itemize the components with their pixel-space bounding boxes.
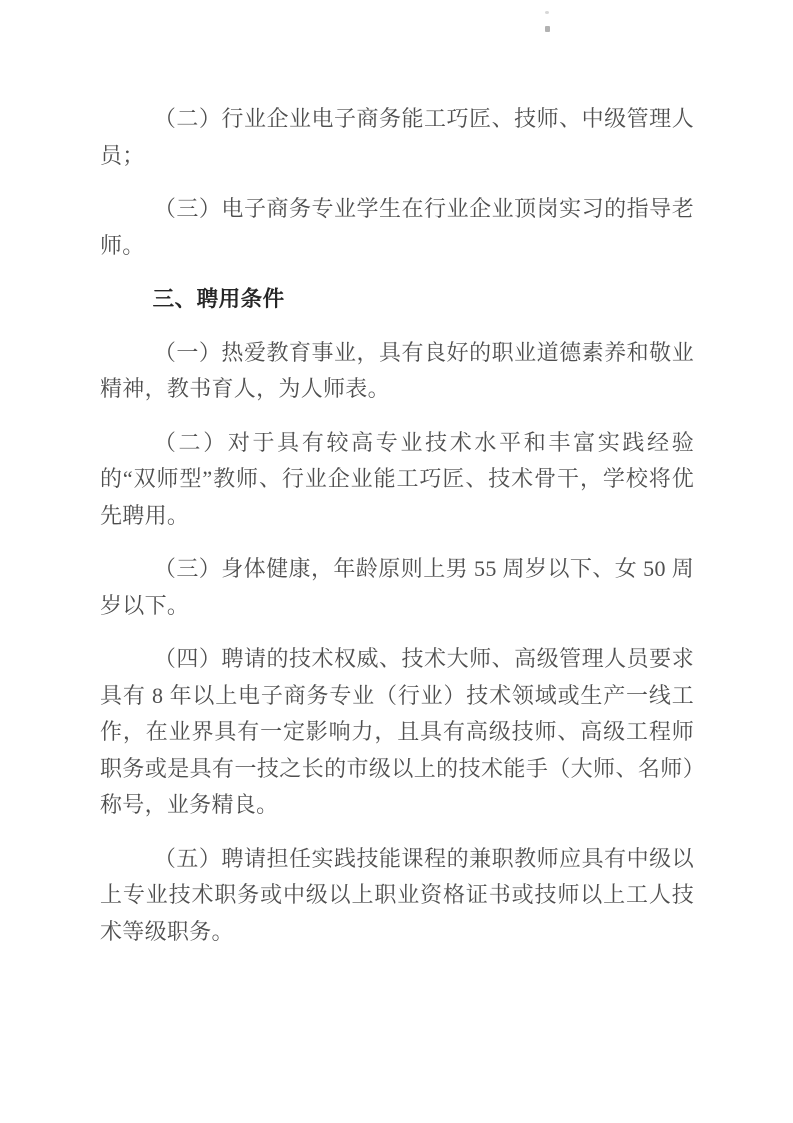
paragraph: （一）热爱教育事业，具有良好的职业道德素养和敬业精神，教书育人，为人师表。: [100, 335, 694, 408]
document-page: （二）行业企业电子商务能工巧匠、技师、中级管理人员；（三）电子商务专业学生在行业…: [0, 0, 793, 1123]
scan-speck: [545, 11, 549, 14]
paragraph: （四）聘请的技术权威、技术大师、高级管理人员要求具有 8 年以上电子商务专业（行…: [100, 641, 694, 824]
scan-speck: [545, 26, 550, 32]
paragraph: （二）行业企业电子商务能工巧匠、技师、中级管理人员；: [100, 101, 694, 174]
paragraph: （三）电子商务专业学生在行业企业顶岗实习的指导老师。: [100, 191, 694, 264]
section-heading: 三、聘用条件: [100, 281, 694, 318]
paragraph: （二）对于具有较高专业技术水平和丰富实践经验的“双师型”教师、行业企业能工巧匠、…: [100, 425, 694, 535]
paragraph: （五）聘请担任实践技能课程的兼职教师应具有中级以上专业技术职务或中级以上职业资格…: [100, 841, 694, 951]
document-body: （二）行业企业电子商务能工巧匠、技师、中级管理人员；（三）电子商务专业学生在行业…: [100, 101, 694, 967]
paragraph: （三）身体健康，年龄原则上男 55 周岁以下、女 50 周岁以下。: [100, 551, 694, 624]
